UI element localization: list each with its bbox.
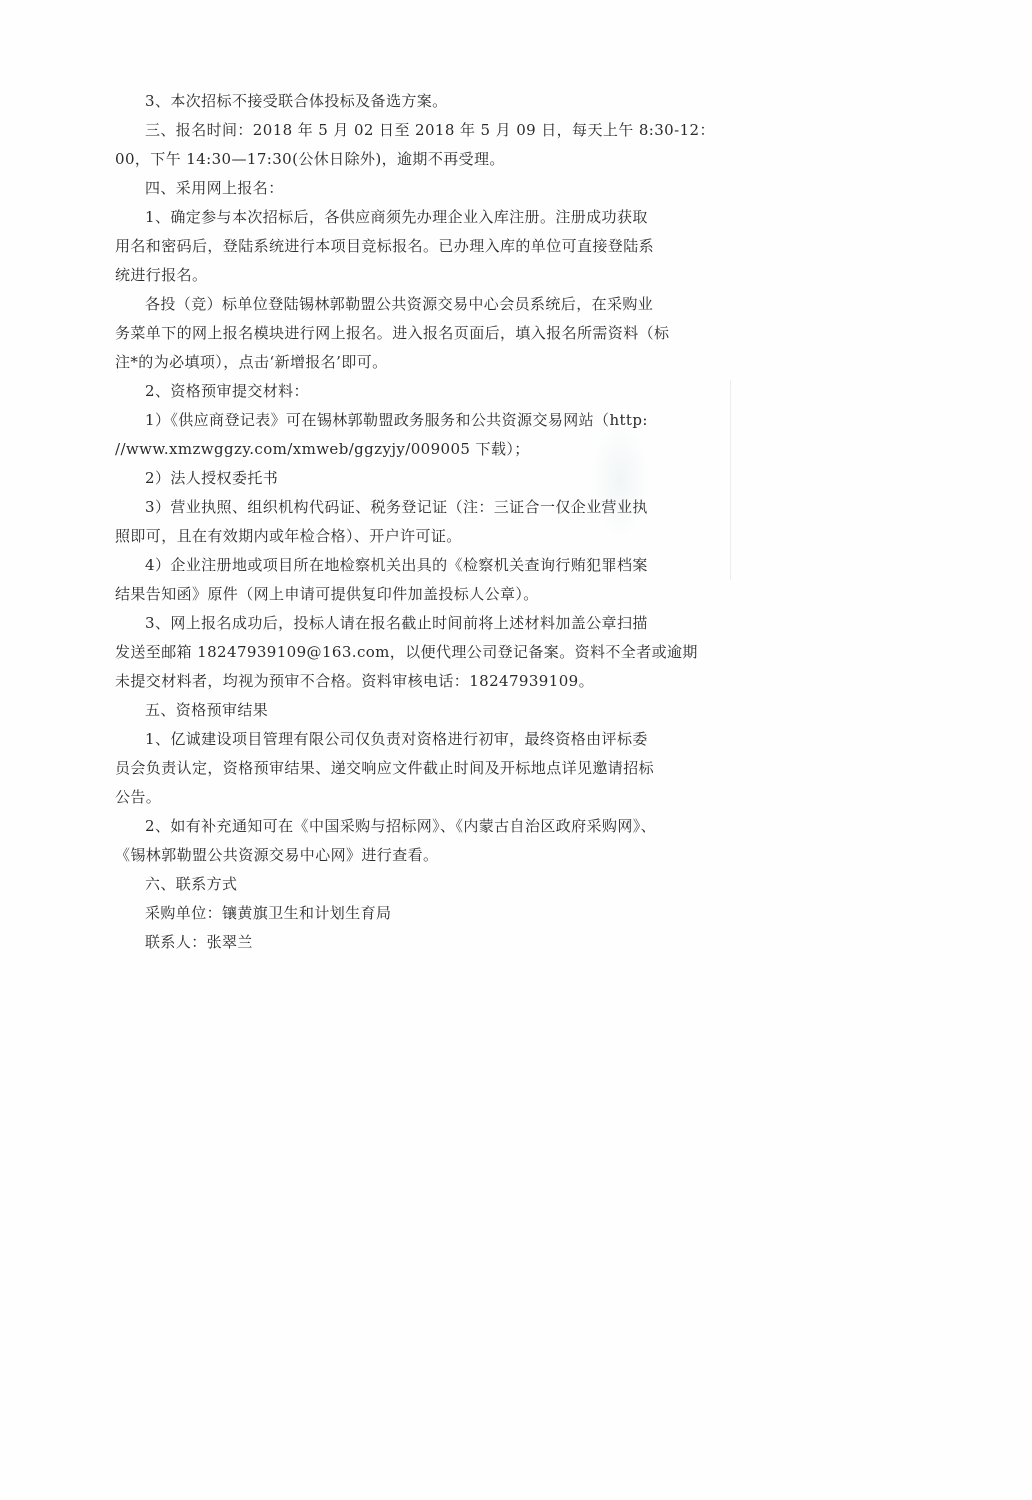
- text-line: 3、本次招标不接受联合体投标及备选方案。: [145, 92, 448, 110]
- text-line: 00，下午 14:30—17:30(公休日除外)，逾期不再受理。: [115, 150, 505, 168]
- scanned-document-page: 3、本次招标不接受联合体投标及备选方案。三、报名时间：2018 年 5 月 02…: [0, 0, 1032, 1500]
- text-line: 1、亿诚建设项目管理有限公司仅负责对资格进行初审，最终资格由评标委: [145, 730, 648, 748]
- text-line: 五、资格预审结果: [145, 701, 268, 719]
- text-line: 联系人：张翠兰: [145, 933, 253, 951]
- text-line: 注*的为必填项），点击‘新增报名’即可。: [115, 353, 388, 371]
- text-line: 3、网上报名成功后，投标人请在报名截止时间前将上述材料加盖公章扫描: [145, 614, 648, 632]
- scan-edge-mark: [730, 380, 731, 580]
- text-line: 2）法人授权委托书: [145, 469, 278, 487]
- text-line: 各投（竞）标单位登陆锡林郭勒盟公共资源交易中心会员系统后，在采购业: [145, 295, 653, 313]
- text-line: 2、如有补充通知可在《中国采购与招标网》、《内蒙古自治区政府采购网》、: [145, 817, 656, 835]
- text-line: 《锡林郭勒盟公共资源交易中心网》进行查看。: [115, 846, 438, 864]
- text-line: 公告。: [115, 788, 161, 806]
- text-line: 四、采用网上报名：: [145, 179, 284, 197]
- text-line: 1）《供应商登记表》可在锡林郭勒盟政务服务和公共资源交易网站（http:: [145, 411, 648, 429]
- text-line: 4）企业注册地或项目所在地检察机关出具的《检察机关查询行贿犯罪档案: [145, 556, 648, 574]
- text-line: 员会负责认定，资格预审结果、递交响应文件截止时间及开标地点详见邀请招标: [115, 759, 654, 777]
- text-line: 务菜单下的网上报名模块进行网上报名。进入报名页面后，填入报名所需资料（标: [115, 324, 669, 342]
- text-line: 六、联系方式: [145, 875, 237, 893]
- text-line: 未提交材料者，均视为预审不合格。资料审核电话：18247939109。: [115, 672, 594, 690]
- text-line: 采购单位：镶黄旗卫生和计划生育局: [145, 904, 391, 922]
- text-line: //www.xmzwggzy.com/xmweb/ggzyjy/009005 下…: [115, 440, 530, 458]
- text-line: 2、资格预审提交材料：: [145, 382, 309, 400]
- text-line: 结果告知函》原件（网上申请可提供复印件加盖投标人公章）。: [115, 585, 539, 603]
- text-line: 统进行报名。: [115, 266, 207, 284]
- text-line: 照即可，且在有效期内或年检合格）、开户许可证。: [115, 527, 462, 545]
- text-line: 三、报名时间：2018 年 5 月 02 日至 2018 年 5 月 09 日，…: [145, 121, 715, 139]
- text-line: 1、确定参与本次招标后，各供应商须先办理企业入库注册。注册成功获取: [145, 208, 648, 226]
- text-line: 发送至邮箱 18247939109@163.com，以便代理公司登记备案。资料不…: [115, 643, 698, 661]
- scan-smudge: [590, 420, 650, 540]
- text-line: 3）营业执照、组织机构代码证、税务登记证（注：三证合一仅企业营业执: [145, 498, 648, 516]
- text-line: 用名和密码后，登陆系统进行本项目竞标报名。已办理入库的单位可直接登陆系: [115, 237, 654, 255]
